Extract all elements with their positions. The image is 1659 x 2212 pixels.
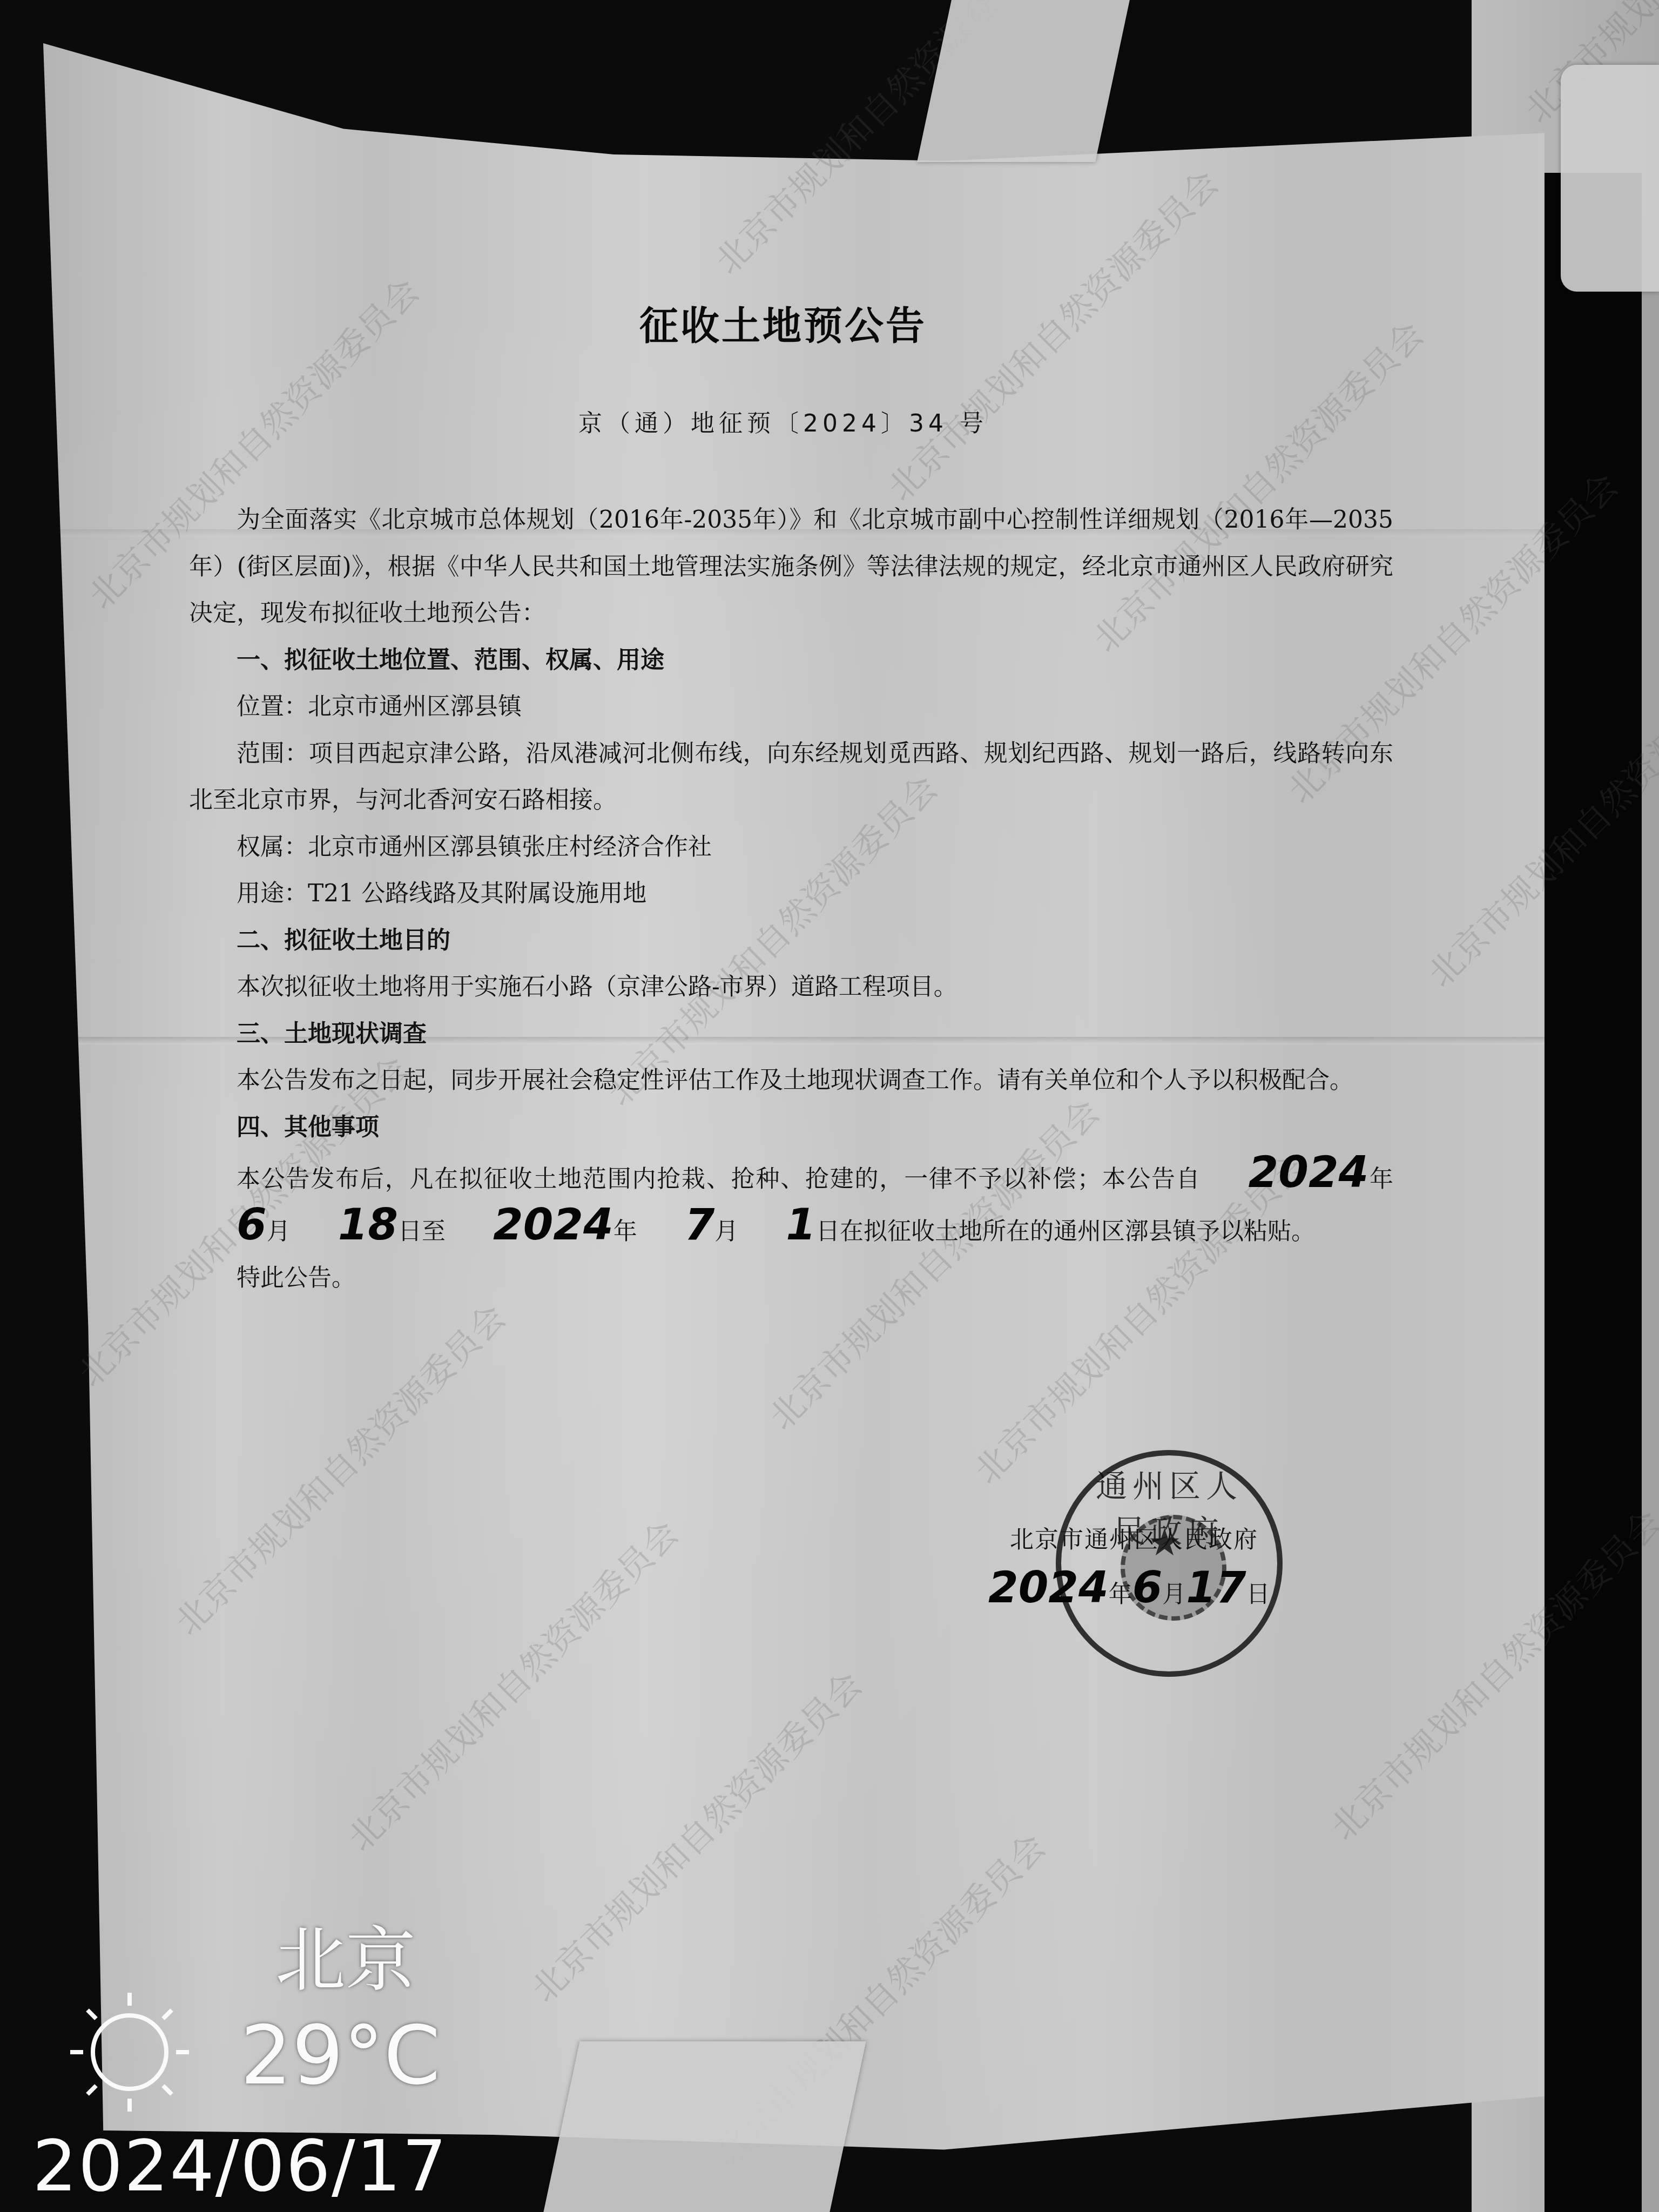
section-heading-4: 四、其他事项 [189, 1104, 1393, 1151]
item-value: T21 公路线路及其附属设施用地 [308, 880, 646, 907]
camera-date: 2024/06/17 [32, 2125, 448, 2207]
year-char: 年 [1368, 1165, 1393, 1193]
background-gap [1545, 173, 1642, 2212]
handwritten-month-from: 6 [189, 1203, 267, 1246]
handwritten-day-from: 18 [291, 1203, 398, 1246]
other-matters-text: 日在拟征收土地所在的通州区漷县镇予以粘贴。 [816, 1218, 1315, 1245]
item-value: 北京市通州区漷县镇张庄村经济合作社 [308, 833, 712, 861]
survey-paragraph: 本公告发布之日起，同步开展社会稳定性评估工作及土地现状调查工作。请有关单位和个人… [189, 1057, 1393, 1104]
adhesive-tape [1561, 65, 1659, 292]
item-label: 范围： [237, 740, 309, 767]
year-char: 年 [1109, 1581, 1132, 1608]
day-to-char: 日至 [398, 1218, 446, 1245]
handwritten-year-from: 2024 [1201, 1151, 1369, 1194]
adjacent-notice-edge [1642, 216, 1659, 2212]
handwritten-sign-year: 2024 [988, 1566, 1109, 1609]
handwritten-day-to: 1 [738, 1203, 816, 1246]
usage-item: 用途：T21 公路线路及其附属设施用地 [189, 871, 1393, 918]
ownership-item: 权属：北京市通州区漷县镇张庄村经济合作社 [189, 824, 1393, 871]
other-matters-text: 本公告发布后，凡在拟征收土地范围内抢栽、抢种、抢建的，一律不予以补偿；本公告自 [237, 1165, 1201, 1193]
item-label: 权属： [237, 833, 308, 861]
item-value: 北京市通州区漷县镇 [308, 693, 522, 720]
intro-paragraph: 为全面落实《北京城市总体规划（2016年-2035年）》和《北京城市副中心控制性… [189, 497, 1393, 637]
camera-temperature: 29°C [240, 2009, 441, 2103]
handwritten-sign-month: 6 [1132, 1566, 1163, 1609]
location-item: 位置：北京市通州区漷县镇 [189, 684, 1393, 731]
month-char: 月 [267, 1218, 291, 1245]
issuer-name: 北京市通州区人民政府 [1010, 1520, 1258, 1555]
scope-item: 范围：项目西起京津公路，沿凤港减河北侧布线，向东经规划觅西路、规划纪西路、规划一… [189, 731, 1393, 824]
closing-line: 特此公告。 [189, 1255, 1393, 1302]
handwritten-month-to: 7 [637, 1203, 715, 1246]
other-matters-paragraph: 本公告发布后，凡在拟征收土地范围内抢栽、抢种、抢建的，一律不予以补偿；本公告自2… [189, 1151, 1393, 1255]
month-char: 月 [1162, 1581, 1186, 1608]
signing-date: 2024年6月17日 [988, 1566, 1270, 1609]
adhesive-tape [917, 0, 1130, 162]
section-heading-3: 三、土地现状调查 [189, 1011, 1393, 1058]
section-heading-1: 一、拟征收土地位置、范围、权属、用途 [189, 637, 1393, 684]
handwritten-sign-day: 17 [1186, 1566, 1246, 1609]
handwritten-year-to: 2024 [446, 1203, 613, 1246]
sun-icon [65, 1987, 194, 2117]
section-heading-2: 二、拟征收土地目的 [189, 918, 1393, 965]
camera-location: 北京 [275, 1904, 416, 2005]
item-label: 用途： [237, 880, 308, 907]
day-char: 日 [1246, 1581, 1270, 1608]
adhesive-tape [543, 2041, 866, 2212]
item-label: 位置： [237, 693, 308, 720]
notice-body: 为全面落实《北京城市总体规划（2016年-2035年）》和《北京城市副中心控制性… [189, 497, 1393, 1302]
item-value: 项目西起京津公路，沿凤港减河北侧布线，向东经规划觅西路、规划纪西路、规划一路后，… [189, 740, 1393, 814]
notice-title: 征收土地预公告 [0, 294, 1566, 350]
month-char: 月 [714, 1218, 738, 1245]
year-char: 年 [613, 1218, 637, 1245]
document-number: 京（通）地征预〔2024〕34 号 [0, 404, 1566, 439]
purpose-paragraph: 本次拟征收土地将用于实施石小路（京津公路-市界）道路工程项目。 [189, 964, 1393, 1011]
